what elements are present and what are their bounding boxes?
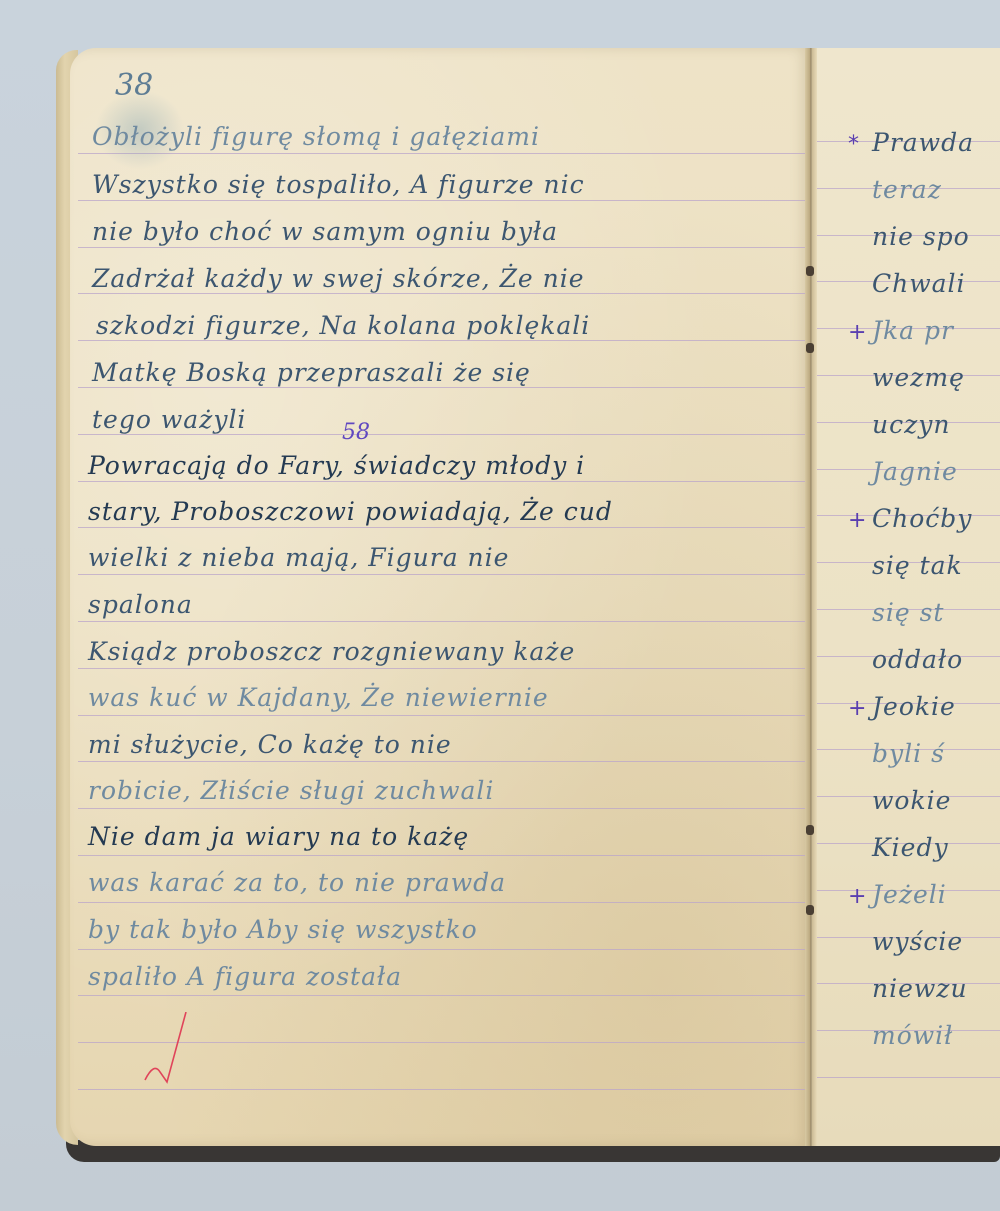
- handwritten-line: Matkę Boską przepraszali że się: [92, 358, 531, 387]
- handwritten-line: Powracają do Fary, świadczy młody i: [88, 451, 585, 480]
- binding-staple: [806, 266, 814, 276]
- handwritten-line: wezmę: [872, 363, 965, 392]
- handwritten-line: Wszystko się tospaliło, A figurze nic: [92, 170, 585, 199]
- handwritten-line: wyście: [872, 927, 963, 956]
- plus-mark-icon: +: [848, 508, 866, 533]
- handwritten-line: szkodzi figurze, Na kolana poklękali: [96, 311, 590, 340]
- rule-line: [78, 574, 805, 575]
- handwritten-line: spaliło A figura została: [88, 962, 402, 991]
- plus-mark-icon: +: [848, 884, 866, 909]
- page-number: 38: [115, 68, 153, 103]
- notebook-gutter: [805, 48, 817, 1146]
- rule-line: [78, 434, 805, 435]
- handwritten-line: robicie, Złiście sługi zuchwali: [88, 776, 494, 805]
- rule-line: [78, 995, 805, 996]
- handwritten-line: Jka pr: [872, 316, 954, 345]
- handwritten-line: Jeżeli: [872, 880, 947, 909]
- handwritten-line: się st: [872, 598, 944, 627]
- handwritten-line: mi służycie, Co każę to nie: [88, 730, 452, 759]
- handwritten-line: mówił: [872, 1021, 953, 1050]
- plus-mark-icon: +: [848, 696, 866, 721]
- rule-line: [78, 387, 805, 388]
- handwritten-line: teraz: [872, 175, 942, 204]
- rule-line: [78, 808, 805, 809]
- asterisk-mark-icon: *: [848, 132, 859, 157]
- rule-line: [78, 855, 805, 856]
- handwritten-line: się tak: [872, 551, 963, 580]
- handwritten-line: wielki z nieba mają, Figura nie: [88, 543, 509, 572]
- handwritten-line: Jeokie: [872, 692, 956, 721]
- plus-mark-icon: +: [848, 320, 866, 345]
- rule-line: [78, 481, 805, 482]
- rule-line: [78, 668, 805, 669]
- handwritten-line: Prawda: [872, 128, 974, 157]
- handwritten-line: Choćby: [872, 504, 972, 533]
- rule-line: [78, 902, 805, 903]
- rule-line: [817, 1077, 1000, 1078]
- rule-line: [78, 715, 805, 716]
- rule-line: [78, 949, 805, 950]
- handwritten-line: niewzu: [872, 974, 968, 1003]
- handwritten-line: tego ważyli: [92, 405, 246, 434]
- violet-annotation: 58: [342, 420, 370, 445]
- handwritten-line: Kiedy: [872, 833, 949, 862]
- handwritten-line: was kuć w Kajdany, Że niewiernie: [88, 683, 549, 712]
- rule-line: [78, 527, 805, 528]
- rule-line: [78, 621, 805, 622]
- handwritten-line: wokie: [872, 786, 951, 815]
- red-check-mark: [140, 1012, 200, 1092]
- rule-line: [78, 761, 805, 762]
- handwritten-line: byli ś: [872, 739, 945, 768]
- handwritten-line: Chwali: [872, 269, 966, 298]
- handwritten-line: oddało: [872, 645, 963, 674]
- handwritten-line: by tak było Aby się wszystko: [88, 915, 478, 944]
- handwritten-line: nie spo: [872, 222, 970, 251]
- handwritten-line: Obłożyli figurę słomą i gałęziami: [92, 122, 540, 151]
- binding-staple: [806, 825, 814, 835]
- rule-line: [78, 293, 805, 294]
- handwritten-line: nie było choć w samym ogniu była: [92, 217, 558, 246]
- handwritten-line: Jagnie: [872, 457, 958, 486]
- rule-line: [78, 247, 805, 248]
- handwritten-line: Nie dam ja wiary na to każę: [88, 822, 469, 851]
- handwritten-line: spalona: [88, 590, 193, 619]
- rule-line: [78, 200, 805, 201]
- binding-staple: [806, 905, 814, 915]
- binding-staple: [806, 343, 814, 353]
- rule-line: [78, 340, 805, 341]
- handwritten-line: stary, Proboszczowi powiadają, Że cud: [88, 497, 613, 526]
- handwritten-line: Zadrżał każdy w swej skórze, Że nie: [92, 264, 585, 293]
- handwritten-line: Ksiądz proboszcz rozgniewany każe: [88, 637, 575, 666]
- handwritten-line: was karać za to, to nie prawda: [88, 868, 506, 897]
- rule-line: [78, 153, 805, 154]
- handwritten-line: uczyn: [872, 410, 951, 439]
